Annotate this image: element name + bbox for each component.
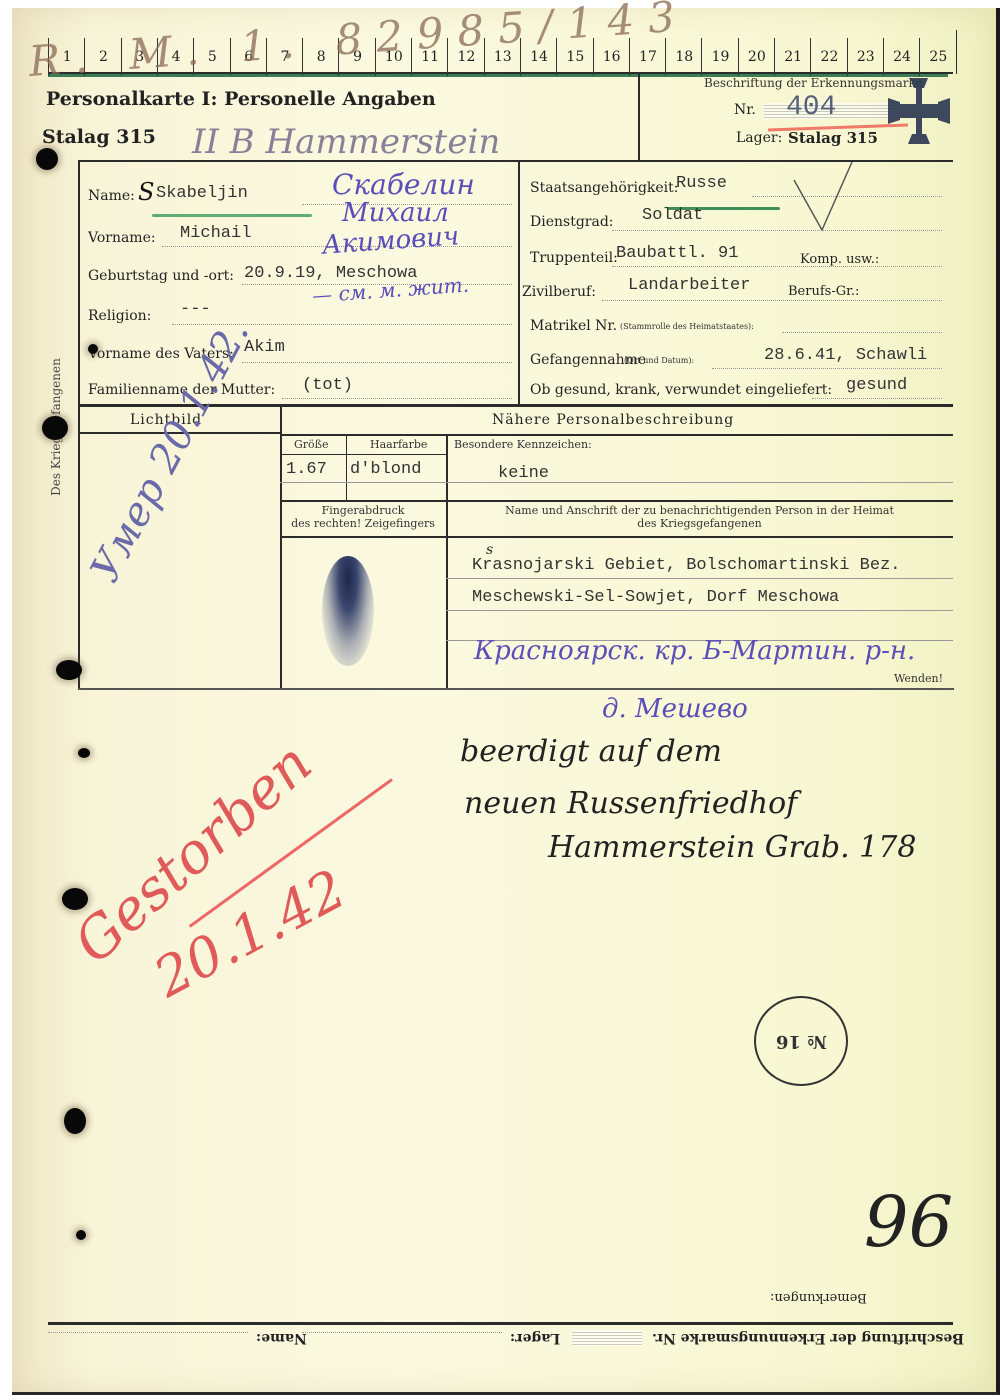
dienstgrad-label: Dienstgrad: — [530, 214, 614, 230]
strip-cell: 19 — [701, 38, 738, 76]
cyrillic-surname: Скабелин — [332, 168, 475, 201]
personalkarte-card: 1234567891011121314151617181920212223242… — [12, 8, 1000, 1395]
punch-hole — [88, 344, 98, 354]
strip-cell: 20 — [738, 38, 775, 76]
camp-label: Stalag 315 — [42, 126, 156, 148]
strip-cell: 21 — [774, 38, 811, 76]
dotted-line — [242, 362, 512, 363]
zivil-value: Landarbeiter — [628, 276, 750, 295]
punch-hole — [64, 1108, 86, 1134]
circle-stamp: № 16 — [754, 996, 848, 1086]
contact-line-2: Meschewski-Sel-Sowjet, Dorf Meschowa — [472, 588, 839, 607]
groesse-divider — [346, 434, 347, 500]
description-mid-line — [280, 500, 953, 502]
iron-cross-stamp-icon — [882, 74, 956, 148]
finger-header-line — [280, 536, 953, 538]
contact-line-1: Krasnojarski Gebiet, Bolschomartinski Be… — [472, 556, 900, 575]
dotted-line — [612, 266, 942, 267]
dotted-line — [48, 1332, 248, 1333]
staat-value: Russe — [676, 174, 727, 193]
kennzeichen-label: Besondere Kennzeichen: — [454, 438, 592, 451]
strip-cell: 22 — [810, 38, 847, 76]
haar-label: Haarfarbe — [370, 438, 427, 451]
page-number: 96 — [864, 1178, 953, 1260]
contact-cyrillic-village: д. Мешево — [602, 694, 748, 724]
punch-hole — [62, 888, 88, 910]
lichtbild-divider — [280, 406, 282, 688]
ruled-line — [280, 482, 953, 483]
description-inner-divider — [446, 434, 448, 688]
contact-cyrillic: Красноярск. кр. Б-Мартин. р-н. — [474, 636, 915, 666]
matrikel-label: Matrikel Nr. — [530, 318, 617, 334]
punch-hole — [36, 148, 58, 170]
green-underline-name — [152, 214, 312, 217]
tag-lager-label: Lager: — [736, 130, 782, 146]
footer-name-label: Name: — [256, 1330, 307, 1346]
gesund-label: Ob gesund, krank, verwundet eingeliefert… — [530, 382, 832, 398]
religion-label: Religion: — [88, 308, 151, 324]
mutter-value: (tot) — [302, 376, 353, 395]
punch-hole — [76, 1230, 86, 1240]
name-value: Skabeljin — [156, 184, 248, 203]
vorname-value: Michail — [180, 224, 251, 243]
circle-stamp-text: № 16 — [776, 1031, 827, 1052]
finger-label: Fingerabdruck des rechten! Zeigefingers — [280, 504, 446, 530]
section-left-line — [78, 160, 80, 688]
gesund-value: gesund — [846, 376, 907, 395]
ruled-line — [446, 610, 953, 611]
wenden-label: Wenden! — [894, 672, 943, 685]
bemerkungen-label: Bemerkungen: — [770, 1290, 867, 1305]
footer-lager-label: Lager: — [510, 1330, 560, 1346]
burial-line-3: Hammerstein Grab. 178 — [548, 830, 916, 865]
contact-label-2: des Kriegsgefangenen — [446, 517, 953, 530]
finger-label-2: des rechten! Zeigefingers — [280, 517, 446, 530]
footer-tag-label: Beschriftung der Erkennungsmarke Nr. — [652, 1330, 964, 1346]
dotted-line — [712, 368, 942, 369]
fingerprint — [322, 556, 374, 666]
strip-cell: 25 — [919, 38, 956, 76]
strip-cell: 18 — [665, 38, 702, 76]
groesse-header-line — [280, 454, 446, 455]
ruled-line — [446, 578, 953, 579]
dotted-line — [302, 1332, 502, 1333]
truppe-value: Baubattl. 91 — [616, 244, 738, 263]
kennzeichen-value: keine — [498, 464, 549, 483]
description-bottom-line — [78, 688, 954, 690]
finger-label-1: Fingerabdruck — [280, 504, 446, 517]
camp-handwritten: II B Hammerstein — [192, 122, 500, 162]
tag-lager-value: Stalag 315 — [788, 129, 878, 147]
burial-line-2: neuen Russenfriedhof — [464, 786, 797, 821]
gefangen-sub: (Ort und Datum): — [624, 356, 694, 365]
dotted-line — [602, 300, 942, 301]
tag-nr-label: Nr. — [734, 102, 756, 118]
burial-line-1: beerdigt auf dem — [460, 734, 722, 769]
contact-label: Name und Anschrift der zu benachrichtige… — [446, 504, 953, 530]
dienstgrad-value: Soldat — [642, 206, 703, 225]
haar-value: d'blond — [350, 460, 421, 479]
truppe-label: Truppenteil: — [530, 250, 618, 266]
punch-hole — [42, 416, 68, 440]
zivil-label: Zivilberuf: — [522, 284, 596, 300]
dotted-line — [782, 332, 942, 333]
punch-hole — [56, 660, 82, 680]
dotted-line — [812, 398, 942, 399]
checkmark-icon — [792, 160, 862, 240]
religion-value: --- — [180, 300, 211, 319]
punch-hole — [78, 748, 90, 758]
groesse-value: 1.67 — [286, 460, 327, 479]
gefangen-value: 28.6.41, Schawli — [764, 346, 927, 365]
contact-label-1: Name und Anschrift der zu benachrichtige… — [446, 504, 953, 517]
staat-label: Staatsangehörigkeit: — [530, 180, 679, 196]
personal-divider — [518, 160, 520, 404]
dotted-line — [612, 230, 942, 231]
strip-end-line — [956, 30, 957, 74]
berufs-label: Berufs-Gr.: — [788, 284, 859, 299]
tag-nr-value: 404 — [786, 92, 836, 123]
section-title-line — [280, 434, 953, 436]
footer-line — [48, 1322, 953, 1325]
vorname-label: Vorname: — [88, 230, 156, 246]
card-title: Personalkarte I: Personelle Angaben — [46, 88, 436, 110]
name-correction: S — [138, 178, 154, 206]
dotted-line — [282, 398, 512, 399]
section-title: Nähere Personalbeschreibung — [492, 412, 734, 428]
footer-tag-lines — [572, 1330, 642, 1346]
geburt-label: Geburtstag und -ort: — [88, 268, 234, 284]
strip-cell: 23 — [847, 38, 884, 76]
matrikel-sub: (Stammrolle des Heimatstaates): — [620, 322, 754, 331]
strip-cell: 24 — [883, 38, 920, 76]
title-divider — [638, 72, 640, 162]
groesse-label: Größe — [294, 438, 329, 451]
name-label: Name: — [88, 188, 135, 204]
komp-label: Komp. usw.: — [800, 252, 879, 267]
